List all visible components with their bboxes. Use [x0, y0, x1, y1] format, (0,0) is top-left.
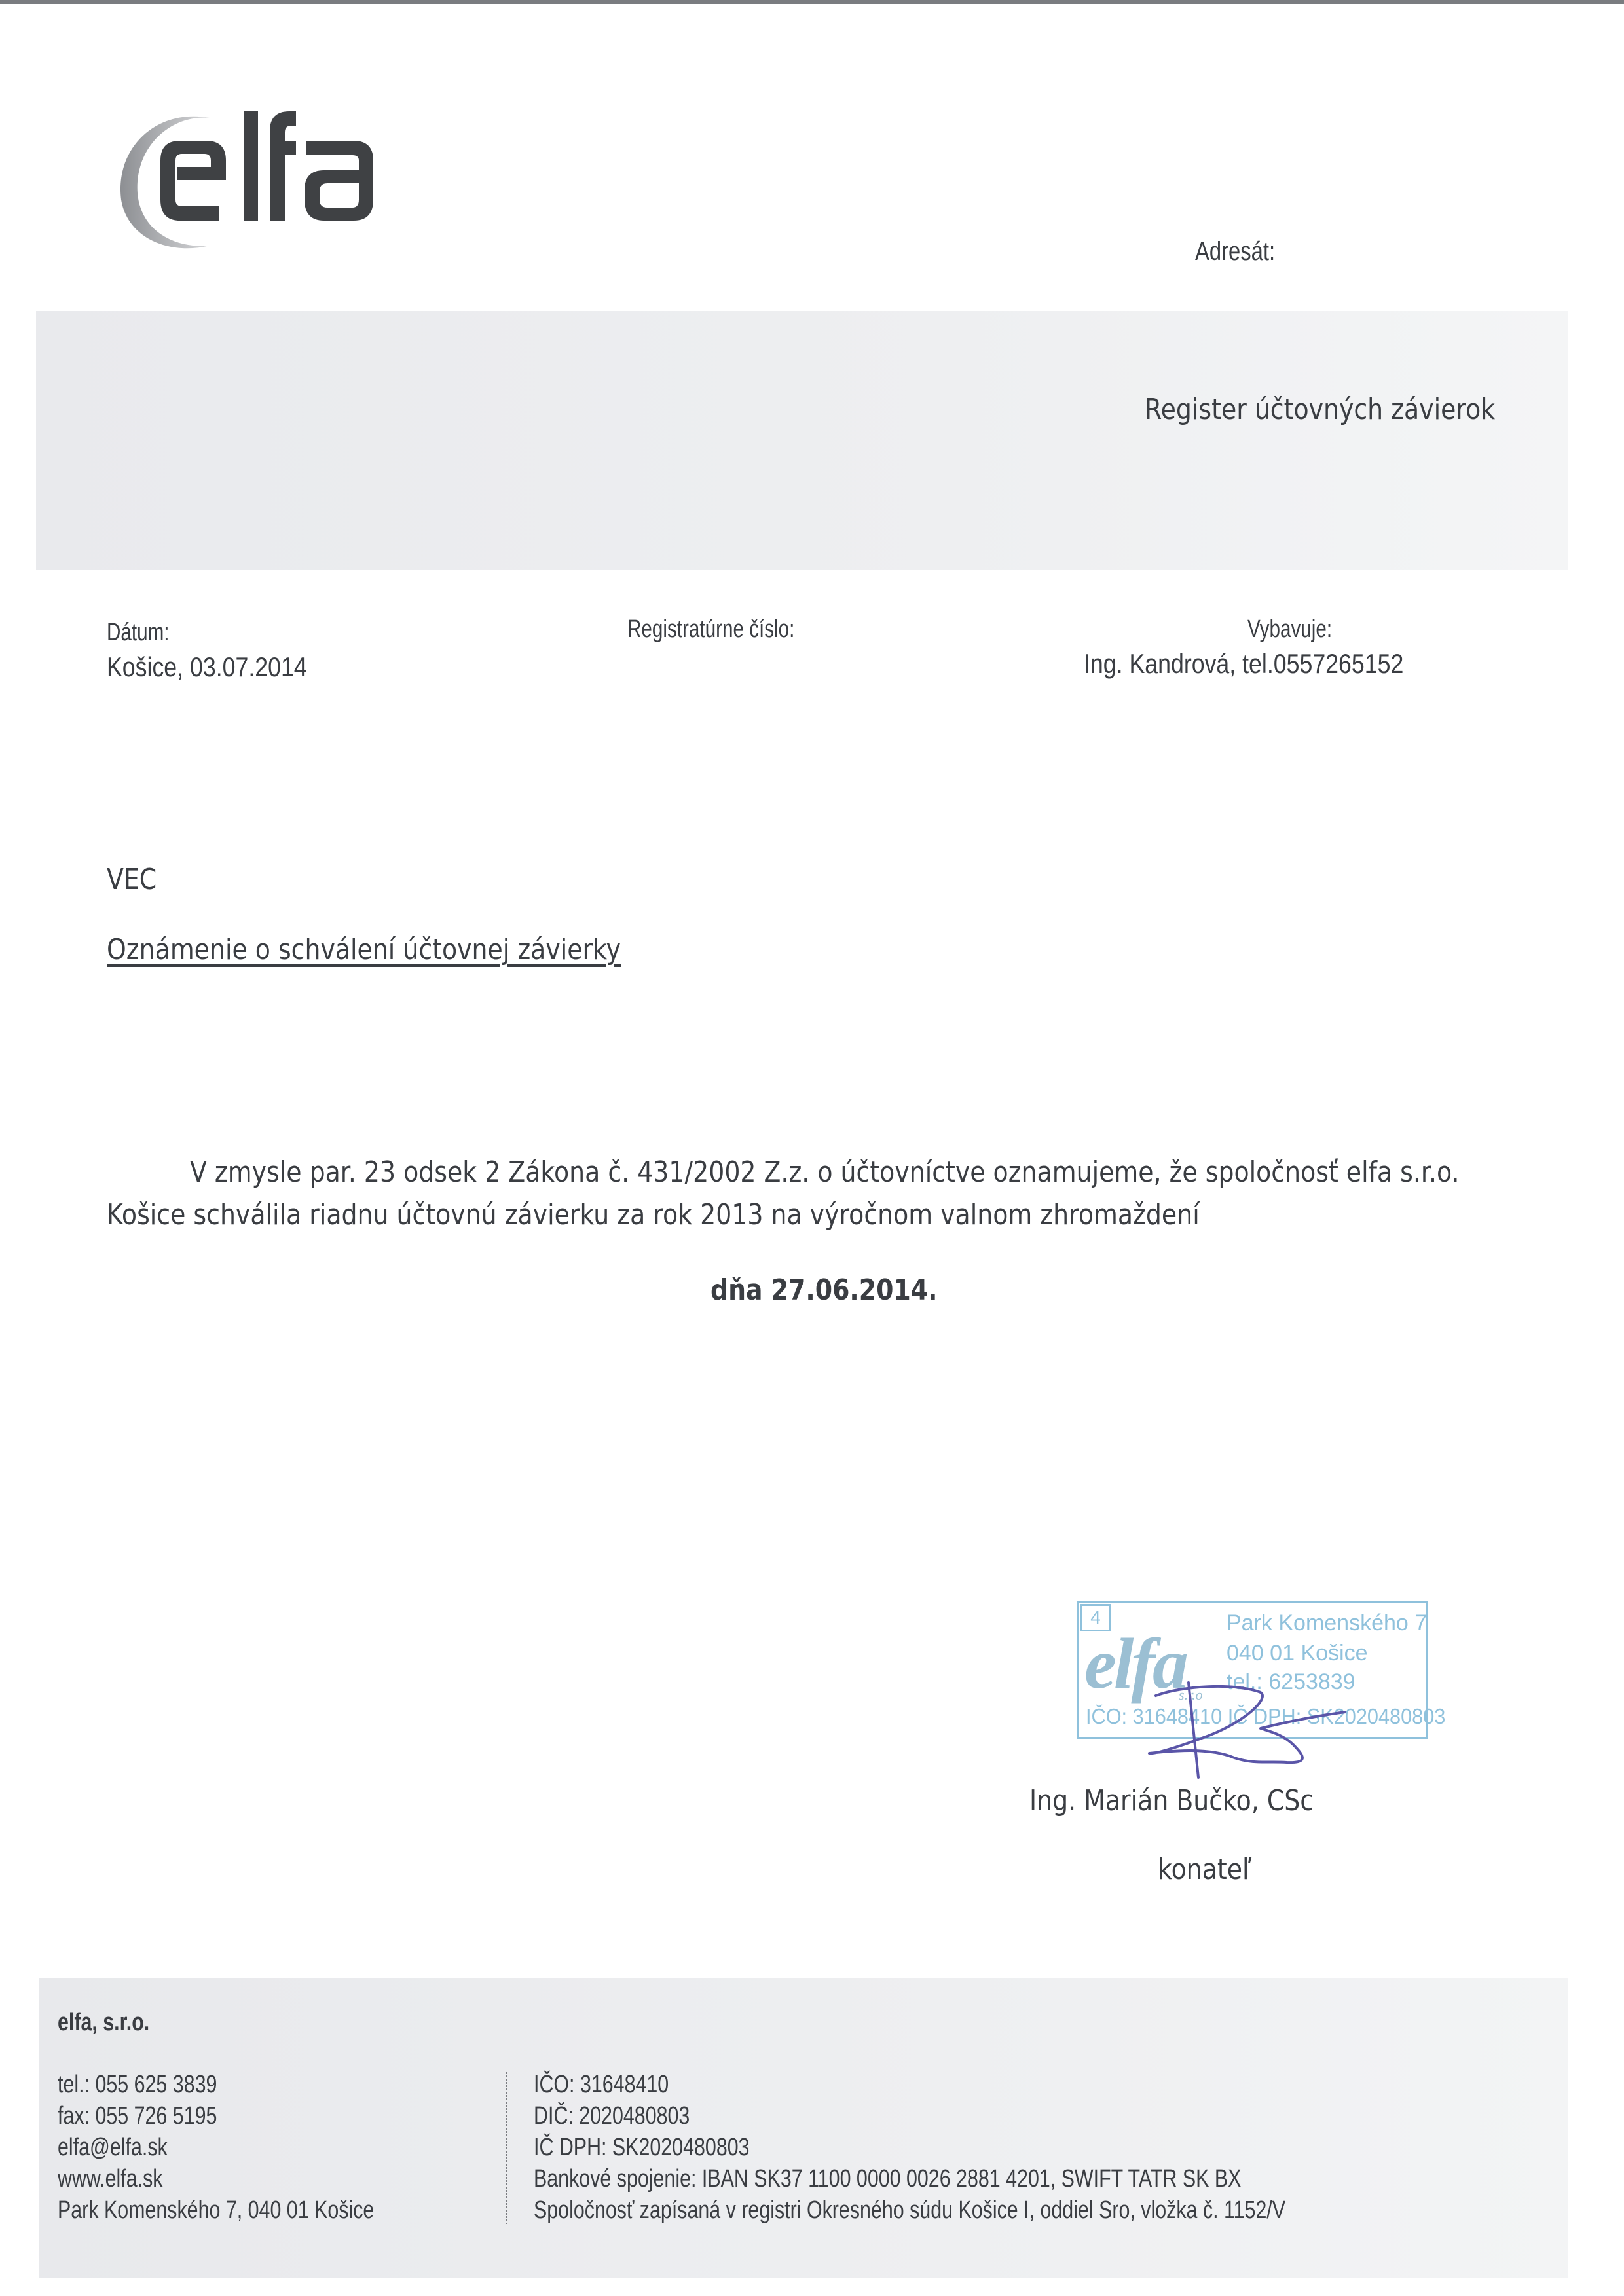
addressee-label: Adresát:: [1195, 237, 1275, 266]
footer-contact: tel.: 055 625 3839 fax: 055 726 5195 elf…: [58, 2069, 453, 2226]
footer-email[interactable]: elfa@elfa.sk: [58, 2132, 374, 2163]
footer-legal: IČO: 31648410 DIČ: 2020480803 IČ DPH: SK…: [534, 2069, 1473, 2226]
footer-bank: Bankové spojenie: IBAN SK37 1100 0000 00…: [534, 2163, 1285, 2195]
body-line-1: V zmysle par. 23 odsek 2 Zákona č. 431/2…: [190, 1156, 1460, 1189]
footer-phone: tel.: 055 625 3839: [58, 2069, 374, 2100]
date-value: Košice, 03.07.2014: [107, 651, 307, 683]
elfa-logo-icon: [98, 69, 426, 259]
stamp-address-2: 040 01 Košice: [1227, 1641, 1368, 1666]
signature-icon: [1130, 1676, 1346, 1781]
footer-divider: [506, 2072, 507, 2224]
footer-fax: fax: 055 726 5195: [58, 2100, 374, 2132]
subject-label: VEC: [107, 863, 157, 896]
addressee-name: Register účtovných závierok: [1145, 393, 1495, 426]
registry-number-label: Registratúrne číslo:: [627, 615, 794, 644]
footer-address: Park Komenského 7, 040 01 Košice: [58, 2195, 374, 2226]
handler-label: Vybavuje:: [1247, 615, 1332, 644]
handler-value: Ing. Kandrová, tel.0557265152: [1084, 648, 1403, 680]
footer-ico: IČO: 31648410: [534, 2069, 1285, 2100]
footer-registration: Spoločnosť zapísaná v registri Okresného…: [534, 2195, 1285, 2226]
addressee-box: [36, 311, 1568, 570]
footer-website[interactable]: www.elfa.sk: [58, 2163, 374, 2195]
subject-title: Oznámenie o schválení účtovnej závierky: [107, 933, 621, 966]
footer-ic-dph: IČ DPH: SK2020480803: [534, 2132, 1285, 2163]
approval-date: dňa 27.06.2014.: [710, 1273, 937, 1307]
scan-top-edge: [0, 0, 1624, 4]
signer-role: konateľ: [1158, 1853, 1251, 1886]
body-line-2: Košice schválila riadnu účtovnú závierku…: [107, 1198, 1200, 1231]
footer-dic: DIČ: 2020480803: [534, 2100, 1285, 2132]
stamp-address-1: Park Komenského 7: [1227, 1611, 1427, 1636]
footer-company: elfa, s.r.o.: [58, 2009, 149, 2037]
signer-name: Ing. Marián Bučko, CSc: [1029, 1784, 1314, 1817]
date-label: Dátum:: [107, 619, 170, 647]
